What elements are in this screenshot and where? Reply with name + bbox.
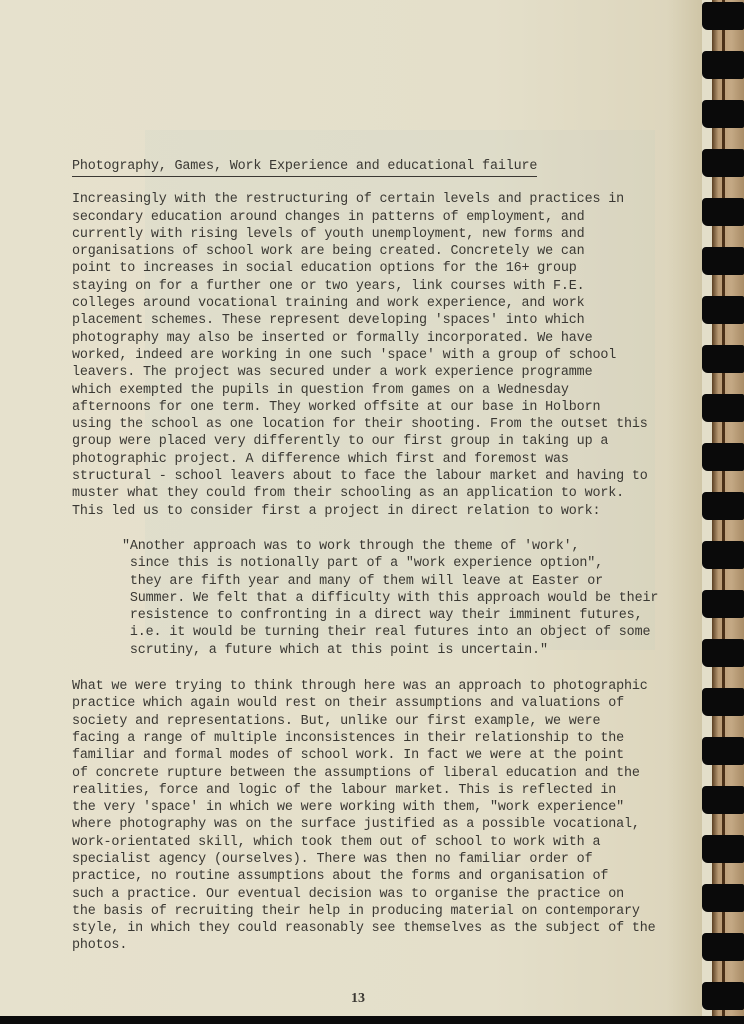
text-line: What we were trying to think through her… (72, 678, 642, 695)
binding-ring (702, 835, 744, 863)
binding-ring (702, 688, 744, 716)
text-line: resistence to confronting in a direct wa… (122, 607, 642, 624)
block-quote: "Another approach was to work through th… (122, 538, 642, 659)
text-line: structural - school leavers about to fac… (72, 468, 642, 485)
text-line: practice, no routine assumptions about t… (72, 868, 642, 885)
document-body: Photography, Games, Work Experience and … (72, 158, 642, 973)
binding-ring (702, 149, 744, 177)
binding-ring (702, 443, 744, 471)
page-number: 13 (351, 991, 365, 1007)
text-line: the basis of recruiting their help in pr… (72, 903, 642, 920)
binding-ring (702, 394, 744, 422)
text-line: realities, force and logic of the labour… (72, 782, 642, 799)
text-line: since this is notionally part of a "work… (122, 555, 642, 572)
text-line: group were placed very differently to ou… (72, 433, 642, 450)
text-line: afternoons for one term. They worked off… (72, 399, 642, 416)
page-bottom-edge (0, 1016, 744, 1024)
binding-ring (702, 982, 744, 1010)
body-paragraph: Increasingly with the restructuring of c… (72, 191, 642, 520)
binding-ring (702, 198, 744, 226)
binding-ring (702, 786, 744, 814)
binding-ring (702, 884, 744, 912)
text-line: scrutiny, a future which at this point i… (122, 642, 642, 659)
binding-ring (702, 296, 744, 324)
section-heading: Photography, Games, Work Experience and … (72, 158, 537, 177)
text-line: specialist agency (ourselves). There was… (72, 851, 642, 868)
text-line: placement schemes. These represent devel… (72, 312, 642, 329)
text-line: the very 'space' in which we were workin… (72, 799, 642, 816)
text-line: society and representations. But, unlike… (72, 713, 642, 730)
text-line: practice which again would rest on their… (72, 695, 642, 712)
binding-ring (702, 345, 744, 373)
text-line: photos. (72, 937, 642, 954)
text-line: photography may also be inserted or form… (72, 330, 642, 347)
text-line: leavers. The project was secured under a… (72, 364, 642, 381)
text-line: style, in which they could reasonably se… (72, 920, 642, 937)
text-line: worked, indeed are working in one such '… (72, 347, 642, 364)
text-line: such a practice. Our eventual decision w… (72, 886, 642, 903)
binding-ring (702, 100, 744, 128)
text-line: work-orientated skill, which took them o… (72, 834, 642, 851)
text-line: Increasingly with the restructuring of c… (72, 191, 642, 208)
text-line: "Another approach was to work through th… (122, 538, 642, 555)
binding-ring (702, 2, 744, 30)
text-line: muster what they could from their school… (72, 485, 642, 502)
text-line: using the school as one location for the… (72, 416, 642, 433)
text-line: colleges around vocational training and … (72, 295, 642, 312)
text-line: This led us to consider first a project … (72, 503, 642, 520)
binding-ring (702, 639, 744, 667)
text-line: they are fifth year and many of them wil… (122, 573, 642, 590)
body-paragraph: What we were trying to think through her… (72, 678, 642, 955)
binding-ring (702, 737, 744, 765)
binding-ring (702, 51, 744, 79)
text-line: staying on for a further one or two year… (72, 278, 642, 295)
text-line: i.e. it would be turning their real futu… (122, 624, 642, 641)
text-line: Summer. We felt that a difficulty with t… (122, 590, 642, 607)
text-line: where photography was on the surface jus… (72, 816, 642, 833)
binding-ring (702, 541, 744, 569)
text-line: of concrete rupture between the assumpti… (72, 765, 642, 782)
binding-ring (702, 933, 744, 961)
text-line: familiar and formal modes of school work… (72, 747, 642, 764)
paragraphs: Increasingly with the restructuring of c… (72, 191, 642, 954)
text-line: which exempted the pupils in question fr… (72, 382, 642, 399)
text-line: currently with rising levels of youth un… (72, 226, 642, 243)
text-line: photographic project. A difference which… (72, 451, 642, 468)
text-line: secondary education around changes in pa… (72, 209, 642, 226)
text-line: facing a range of multiple inconsistence… (72, 730, 642, 747)
text-line: point to increases in social education o… (72, 260, 642, 277)
binding-ring (702, 590, 744, 618)
text-line: organisations of school work are being c… (72, 243, 642, 260)
binding-ring (702, 247, 744, 275)
binding-ring (702, 492, 744, 520)
